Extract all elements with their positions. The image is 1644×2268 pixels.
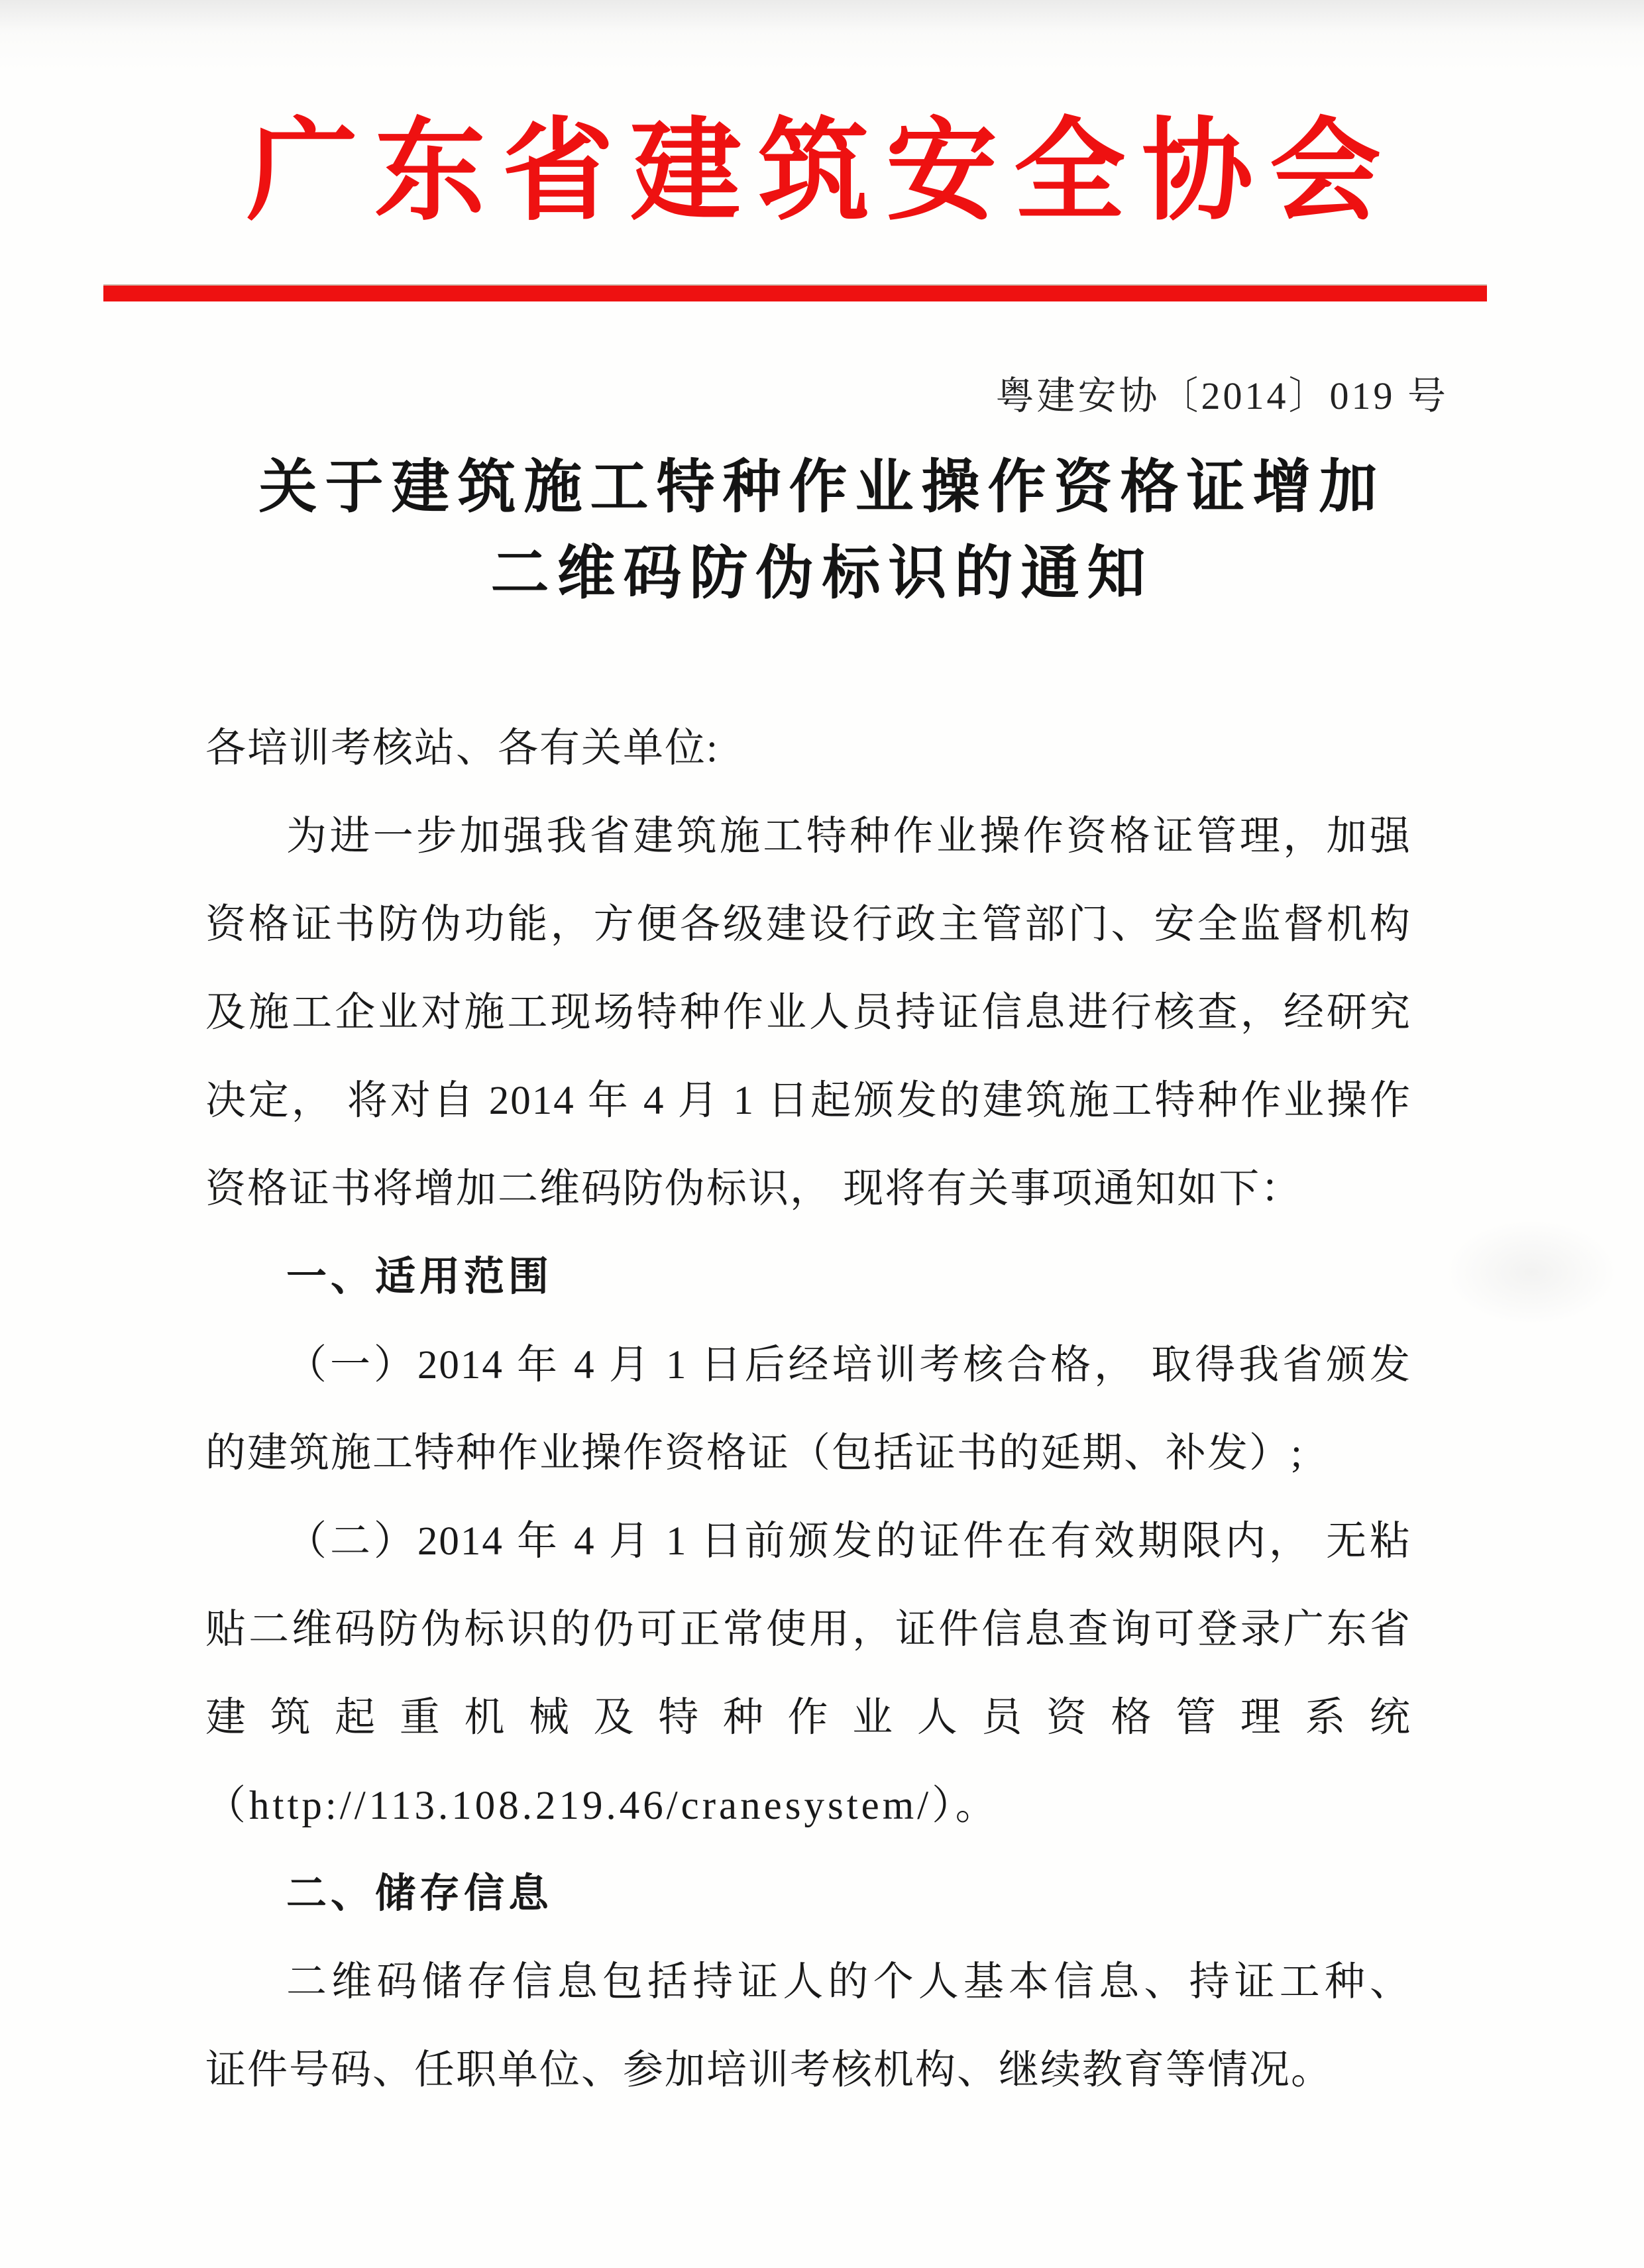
notice-body: 各培训考核站、各有关单位: 为进一步加强我省建筑施工特种作业操作资格证管理，加强… — [205, 704, 1411, 2114]
scan-artifact-smudge — [1445, 1219, 1617, 1325]
section-heading-2: 二、储存信息 — [205, 1850, 1411, 1938]
paragraph-line: 为进一步加强我省建筑施工特种作业操作资格证管理，加强 — [205, 792, 1411, 881]
scan-artifact-top — [0, 0, 1644, 73]
url-text: （http://113.108.219.46/cranesystem/）。 — [205, 1762, 1411, 1850]
paragraph-line: 的建筑施工特种作业操作资格证（包括证书的延期、补发）; — [205, 1409, 1411, 1497]
document-title-line-1: 关于建筑施工特种作业操作资格证增加 — [0, 445, 1644, 531]
paragraph-line: 及施工企业对施工现场特种作业人员持证信息进行核查，经研究 — [205, 969, 1411, 1057]
issuing-org-title: 广东省建筑安全协会 — [0, 106, 1644, 239]
paragraph-line: 资格证书防伪功能，方便各级建设行政主管部门、安全监督机构 — [205, 881, 1411, 969]
paragraph-line: 贴二维码防伪标识的仍可正常使用，证件信息查询可登录广东省 — [205, 1586, 1411, 1674]
section-heading-1: 一、适用范围 — [205, 1233, 1411, 1321]
paragraph-line: 决定， 将对自 2014 年 4 月 1 日起颁发的建筑施工特种作业操作 — [205, 1057, 1411, 1145]
paragraph-line: 建筑起重机械及特种作业人员资格管理系统 — [205, 1674, 1411, 1762]
document-number: 粤建安协〔2014〕019 号 — [995, 371, 1449, 421]
document-title-line-2: 二维码防伪标识的通知 — [0, 531, 1644, 618]
paragraph-line: （二）2014 年 4 月 1 日前颁发的证件在有效期限内， 无粘 — [205, 1497, 1411, 1586]
scanned-notice-page: 广东省建筑安全协会 粤建安协〔2014〕019 号 关于建筑施工特种作业操作资格… — [0, 0, 1644, 2268]
paragraph-line: 证件号码、任职单位、参加培训考核机构、继续教育等情况。 — [205, 2026, 1411, 2114]
paragraph-line: 二维码储存信息包括持证人的个人基本信息、持证工种、 — [205, 1938, 1411, 2026]
document-title: 关于建筑施工特种作业操作资格证增加 二维码防伪标识的通知 — [0, 445, 1644, 618]
paragraph-line: 资格证书将增加二维码防伪标识， 现将有关事项通知如下： — [205, 1145, 1411, 1233]
salutation-line: 各培训考核站、各有关单位: — [205, 704, 1411, 792]
red-header-rule — [103, 286, 1487, 301]
paragraph-line: （一）2014 年 4 月 1 日后经培训考核合格， 取得我省颁发 — [205, 1321, 1411, 1409]
